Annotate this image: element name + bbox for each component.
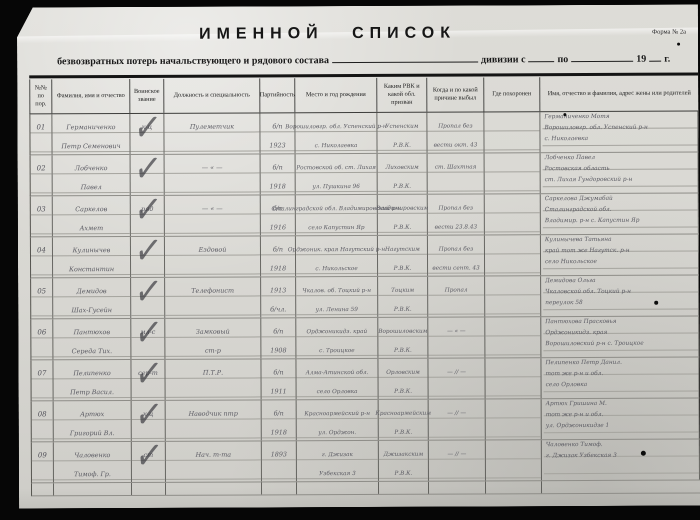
duty-cell-line-1 [165,296,260,315]
rank-cell-line-0: к-ц [132,401,165,420]
empty-cell [132,483,166,495]
burial-cell [485,153,541,193]
column-header-8: Где похоронен [484,77,540,111]
cause-cell-line-1: вести сент. 43 [428,254,484,273]
birthplace-cell-line-0: Орджоникидз. край [296,318,377,337]
rvk-cell-line-1: Р.В.К. [379,460,428,479]
row-number-line-1 [31,256,52,275]
address-cell: Демидова ОльгаЧкаловской обл. Тоцкий р-н… [541,276,699,317]
birthplace-cell-line-1: село Орловка [297,378,378,397]
cause-cell: Пропал [428,276,485,316]
party-cell: б/п1918 [262,400,297,440]
rank-cell-line-1 [131,256,164,275]
rank-cell-line-0 [131,155,164,174]
rvk-cell: УспенскимР.В.К. [377,113,427,153]
party-cell-line-0: 1913 [261,277,295,296]
table-row: 05ДемидовШах-ГусейнТелефонист1913б/чл.Чк… [30,276,699,320]
cause-cell-line-1 [428,336,484,355]
address-cell: Пантюхова ПрасковьяОрджоникидз. краяВоро… [541,317,699,358]
photo-background: Форма № 2а ИМЕННОЙ СПИСОК безвозвратных … [0,0,700,520]
party-cell: б/п1918 [261,154,296,194]
cause-cell-line-0: Пропал без [428,235,484,254]
duty-cell: Наводчик птр [166,400,262,440]
rank-cell: к-ц [130,114,164,154]
row-number-line-0: 02 [31,155,52,174]
duty-cell-line-0: Ездовой [165,236,260,255]
row-number-line-1 [32,420,53,439]
burial-cell [486,440,542,480]
subtitle-division: дивизии с [481,54,526,65]
name-cell-line-0: Лобченко [53,155,130,174]
address-line-2: село Орловка [546,382,588,388]
column-header-2: Воинское звание [130,79,164,113]
column-header-3: Должность и специальность [164,78,260,112]
address-line-0: Лобченко Павел [545,155,596,161]
cause-cell-line-1: вести 23.8.43 [428,213,484,232]
duty-cell: Пулеметчик [164,113,260,153]
cause-cell-line-0: Пропал [428,276,484,295]
burial-cell-line-1 [484,131,539,150]
name-cell: ГерманиченкоПетр Семенович [52,114,130,154]
table-row: 09ЧаловенкоТимоф. Гр.стНач. т-та1893г. Д… [31,440,700,484]
name-cell-line-1: Шах-Гусейн [53,297,130,316]
address-line-1: тот же р-н и обл. [546,371,604,377]
row-number: 03 [31,196,53,236]
row-number-line-0: 05 [31,278,52,297]
name-cell-line-1: Григорий Вл. [54,420,131,439]
table-row: 06ПантюховСереда Тих.мл-сЗамковыйст-рб/п… [30,317,699,361]
birthplace-cell-line-1: с. Никольское [296,255,377,274]
party-cell: б/п1918 [261,236,296,276]
address-line-1: край тот же Нагутск. р-н [545,248,630,254]
document-subtitle: безвозвратных потерь начальствующего и р… [57,52,690,68]
row-number-line-0: 07 [31,360,52,379]
rvk-cell-line-1: Р.В.К. [378,296,427,315]
burial-cell-line-1 [485,336,540,355]
address-line-1: Ростовская область [545,166,610,172]
birthplace-cell: Орджоник. края Нагутский р-нс. Никольско… [296,236,378,276]
table-row: 08АртюхГригорий Вл.к-цНаводчик птрб/п191… [31,399,700,443]
address-line-1: Ворошиловгр. обл. Успенский р-н [544,125,647,131]
cause-cell-line-0: Пропал без [428,194,484,213]
birthplace-cell-line-0: Ростовской об. ст. Лихая [296,154,377,173]
address-cell: Чаловенко Тимоф.г. Джизак Узбекская 3 [542,440,700,481]
burial-cell-line-0 [485,358,540,377]
birthplace-cell-line-1: с. Троицкое [296,337,377,356]
burial-cell-line-0 [485,194,540,213]
duty-cell: Нач. т-та [166,441,262,481]
birthplace-cell: Ворошиловгр. обл. Успенский р-нс. Никола… [295,113,377,153]
empty-cell [486,481,542,493]
address-cell: Саркелова ДжумабайСталинградской обл.Вла… [541,194,699,235]
rvk-cell: ВладимировскимР.В.К. [378,195,428,235]
address-cell: Лобченко ПавелРостовская областьст. Лиха… [541,153,699,194]
birthplace-cell: г. ДжизакУзбекская 3 [297,441,379,481]
party-cell-line-1: 1918 [261,173,295,192]
party-cell-line-1: 1916 [261,214,295,233]
birthplace-cell-line-1: ул. Орджон. [297,419,378,438]
empty-cell [542,481,700,494]
birthplace-cell-line-0: г. Джизак [297,441,378,460]
rvk-cell-line-1: Р.В.К. [377,132,426,151]
rank-cell: сер-т [131,360,165,400]
address-line-2: переулок 58 [545,300,583,306]
address-line-2: ст. Лихая Гундоровский р-н [545,177,633,183]
row-number-line-1 [32,379,53,398]
ruled-line [544,473,699,475]
party-cell-line-1: 1908 [261,337,295,356]
duty-cell-line-1 [166,378,261,397]
cause-cell: — // — [429,399,486,439]
table-row: 07ПелипенкоПетр Васил.сер-тП.Т.Р.б/п1911… [30,358,699,402]
rvk-cell-line-1: Р.В.К. [378,337,427,356]
birthplace-cell: Чкалов. об. Тоцкий р-нул. Ленина 59 [296,277,378,317]
rank-cell: к-ц [132,401,166,441]
cause-cell-line-0: Пропал без [427,112,483,131]
rvk-cell-line-0: Орловским [378,359,427,378]
row-number-line-1 [31,338,52,357]
cause-cell: — // — [428,358,485,398]
rvk-cell: ЛиховскимР.В.К. [378,154,428,194]
table-header-row: №№ по пор.Фамилия, имя и отчествоВоинско… [29,77,698,115]
column-header-4: Партийность [260,78,295,112]
cause-cell-line-0: — « — [428,317,484,336]
ruled-line [543,350,698,352]
name-cell: КулинычевКонстантин [53,237,131,277]
address-line-1: Орджоникидз. края [545,330,607,336]
cause-cell: — // — [429,440,486,480]
birthplace-cell-line-1: ул. Ленина 59 [296,296,377,315]
party-cell: б/п1923 [260,113,295,153]
burial-cell-line-0 [484,112,539,131]
document-paper: Форма № 2а ИМЕННОЙ СПИСОК безвозвратных … [17,5,700,509]
birthplace-cell-line-0: Алма-Атинской обл. [296,359,377,378]
rvk-cell: ТоцкимР.В.К. [378,277,428,317]
blank-line [332,52,478,63]
address-line-0: Чаловенко Тимоф. [546,442,603,448]
rank-cell: ряд [131,196,165,236]
birthplace-cell-line-0: Орджоник. края Нагутский р-н [296,236,377,255]
row-number-line-0: 09 [32,442,53,461]
row-number: 02 [31,155,53,195]
name-cell-line-0: Пантюхов [53,319,130,338]
cause-cell-line-0: — // — [428,358,484,377]
row-number: 08 [32,401,54,441]
party-cell-line-0: б/п [261,154,295,173]
column-header-6: Каким РВК и какой обл. призван [377,78,427,112]
birthplace-cell: Алма-Атинской обл.село Орловка [296,359,378,399]
cause-cell-line-0: — // — [429,399,485,418]
burial-cell [485,194,541,234]
rank-cell-line-0: мл-с [131,319,164,338]
row-number: 06 [31,319,53,359]
rank-cell-line-1 [131,174,164,193]
ruled-line [544,432,699,434]
rank-cell-line-1 [132,461,165,480]
party-cell-line-1: 1918 [262,419,296,438]
burial-cell [485,276,541,316]
address-line-1: Чкаловской обл. Тоцкий р-н [545,289,631,295]
name-cell: ДемидовШах-Гусейн [53,278,131,318]
burial-cell-line-1 [485,254,540,273]
party-cell-line-1: б/чл. [261,296,295,315]
rank-cell-line-1 [132,379,165,398]
address-line-1: Сталинградской обл. [545,207,612,213]
party-cell-line-1: 1918 [261,255,295,274]
rvk-cell-line-0: Тоцким [378,277,427,296]
rvk-cell: КрасноармейскимР.В.К. [379,400,429,440]
address-line-2: село Никольское [545,259,597,265]
rvk-cell-line-1: Р.В.К. [378,255,427,274]
rvk-cell-line-1: Р.В.К. [378,214,427,233]
row-number: 01 [30,114,52,154]
address-cell: Пелипенко Петр Данил.тот же р-н и обл.се… [541,358,699,399]
rvk-cell: ВорошиловскимР.В.К. [378,318,428,358]
birthplace-cell-line-1: ул. Пушкина 96 [296,173,377,192]
cause-cell-line-1: вести окт. 43 [427,131,483,150]
empty-cell [32,483,54,495]
cause-cell-line-1 [429,459,485,478]
address-cell: Германиченко МотяВорошиловгр. обл. Успен… [540,112,698,153]
party-cell-line-0: б/п [261,359,295,378]
duty-cell-line-1 [164,132,259,151]
name-cell: ЧаловенкоТимоф. Гр. [54,442,132,482]
birthplace-cell-line-1: Узбекская 3 [297,460,378,479]
birthplace-cell-line-1: село Капустин Яр [296,214,377,233]
column-header-0: №№ по пор. [30,79,52,113]
row-number-line-0: 01 [30,114,51,133]
blank-line [528,52,554,62]
name-cell: ПантюховСереда Тих. [53,319,131,359]
cause-cell: Пропал безвести 23.8.43 [428,194,485,234]
name-cell: АртюхГригорий Вл. [54,401,132,441]
rank-cell-line-0: к-ц [130,114,163,133]
empty-cell [429,481,486,493]
dust-speck [563,113,566,116]
duty-cell-line-1 [165,173,260,192]
name-cell-line-1: Петр Васил. [54,379,131,398]
duty-cell: Ездовой [165,236,261,276]
party-cell: 1893 [262,441,297,481]
birthplace-cell: Орджоникидз. крайс. Троицкое [296,318,378,358]
burial-cell [486,399,542,439]
row-number: 04 [31,237,53,277]
empty-cell [166,482,262,494]
duty-cell-line-1 [166,460,261,479]
burial-cell-line-1 [485,213,540,232]
name-cell-line-1: Петр Семенович [52,133,129,152]
ruled-line [543,268,698,270]
rank-cell-line-1 [131,297,164,316]
name-cell-line-0: Кулинычев [53,237,130,256]
row-number-line-0: 08 [32,401,53,420]
ruled-line [543,145,698,147]
burial-cell-line-0 [485,153,540,172]
rvk-cell-line-1: Р.В.К. [379,378,428,397]
cause-cell: — « — [428,317,485,357]
dust-speck [654,301,658,305]
address-line-0: Пелипенко Петр Данил. [545,360,622,366]
column-header-7: Когда и по какой причине выбыл [427,77,484,111]
rank-cell [131,155,165,195]
empty-cell [297,482,379,494]
duty-cell-line-1 [166,419,261,438]
row-number-line-1 [31,174,52,193]
birthplace-cell: Сталинградской обл. Владимировский р-нсе… [296,195,378,235]
party-cell: 1913б/чл. [261,277,296,317]
subtitle-po: по [557,54,568,65]
name-cell-line-1: Середа Тих. [53,338,130,357]
duty-cell-line-0: Пулеметчик [164,113,259,132]
birthplace-cell-line-0: Ворошиловгр. обл. Успенский р-н [295,113,376,132]
cause-cell-line-1 [429,377,485,396]
name-cell-line-0: Пелипенко [53,360,130,379]
table-body: 01ГерманиченкоПетр Семеновичк-цПулеметчи… [29,112,700,497]
subtitle-year: 19 [636,54,646,65]
address-line-0: Кулинычева Татьяна [545,237,612,243]
column-header-5: Место и год рождения [295,78,377,112]
birthplace-cell: Красноармейский р-нул. Орджон. [297,400,379,440]
birthplace-cell: Ростовской об. ст. Лихаяул. Пушкина 96 [296,154,378,194]
rvk-cell-line-0: Ворошиловским [378,318,427,337]
duty-cell-line-1 [165,255,260,274]
address-cell: Артюх Гришина М.тот же р-н и обл.ул. Орд… [542,399,700,440]
rank-cell: мл-с [131,319,165,359]
burial-cell-line-1 [486,377,541,396]
duty-cell: Замковыйст-р [165,318,261,358]
rvk-cell-line-0: Красноармейским [379,400,428,419]
blank-line [649,52,661,62]
cause-cell: Пропал безвести окт. 43 [427,112,484,152]
rvk-cell-line-0: Джизакским [379,441,428,460]
rank-cell-line-1 [130,133,163,152]
rank-cell-line-0 [131,278,164,297]
burial-cell [484,112,540,152]
party-cell-line-0: б/п [262,400,296,419]
address-line-1: г. Джизак Узбекская 3 [546,453,617,459]
row-number-line-1 [31,297,52,316]
duty-cell-line-1 [165,214,260,233]
rvk-cell: ДжизакскимР.В.К. [379,441,429,481]
address-line-2: ул. Орджоникидзе 1 [546,423,610,429]
losses-table: №№ по пор.Фамилия, имя и отчествоВоинско… [29,73,700,483]
empty-cell [262,482,297,494]
address-line-0: Саркелова Джумабай [545,196,613,202]
rank-cell-line-0: сер-т [131,360,164,379]
address-line-1: тот же р-н и обл. [546,412,604,418]
rank-cell-line-1 [131,215,164,234]
burial-cell-line-1 [486,459,541,478]
party-cell-line-1 [262,460,296,479]
birthplace-cell-line-0: Красноармейский р-н [297,400,378,419]
row-number: 07 [31,360,53,400]
rvk-cell-line-0: Лиховским [378,154,427,173]
cause-cell-line-0: — // — [429,440,485,459]
burial-cell-line-0 [485,276,540,295]
burial-cell-line-0 [485,317,540,336]
address-cell: Кулинычева Татьянакрай тот же Нагутск. р… [541,235,699,276]
name-cell-line-1: Павел [53,174,130,193]
burial-cell-line-1 [485,172,540,191]
duty-cell-line-0: — « — [165,154,260,173]
table-row: 01ГерманиченкоПетр Семеновичк-цПулеметчи… [29,112,698,156]
party-cell: б/п1916 [261,195,296,235]
birthplace-cell-line-0: Сталинградской обл. Владимировский р-н [296,195,377,214]
name-cell-line-1: Тимоф. Гр. [54,461,131,480]
name-cell-line-0: Саркелов [53,196,130,215]
party-cell-line-1: 1911 [262,378,296,397]
duty-cell-line-0: Нач. т-та [166,441,261,460]
subtitle-text: безвозвратных потерь начальствующего и р… [57,55,329,67]
form-number: Форма № 2а [652,29,686,36]
rank-cell-line-1 [132,420,165,439]
address-line-0: Артюх Гришина М. [546,401,607,407]
table-row: 03СаркеловАхметряд— « —б/п1916Сталинград… [30,194,699,238]
address-line-0: Германиченко Мотя [544,114,609,120]
rank-cell-line-0: ряд [131,196,164,215]
dust-speck [641,451,646,456]
duty-cell-line-0: Наводчик птр [166,400,261,419]
duty-cell-line-0: П.Т.Р. [165,359,260,378]
empty-tail-row [31,481,700,497]
duty-cell-line-0: Замковый [165,318,260,337]
duty-cell-line-1: ст-р [165,337,260,356]
name-cell: СаркеловАхмет [53,196,131,236]
cause-cell-line-1 [428,172,484,191]
name-cell: ЛобченкоПавел [53,155,131,195]
row-number-line-0: 04 [31,237,52,256]
dust-speck [677,43,680,46]
birthplace-cell-line-0: Чкалов. об. Тоцкий р-н [296,277,377,296]
rvk-cell-line-0: Успенским [377,113,426,132]
name-cell-line-0: Артюх [54,401,131,420]
rank-cell-line-1 [131,338,164,357]
birthplace-cell-line-1: с. Николаевка [295,132,376,151]
name-cell-line-0: Чаловенко [54,442,131,461]
column-header-1: Фамилия, имя и отчество [52,79,130,113]
party-cell-line-0: 1893 [262,441,296,460]
burial-cell-line-0 [486,440,541,459]
name-cell-line-0: Германиченко [52,114,129,133]
duty-cell-line-0: Телефонист [165,277,260,296]
name-cell-line-1: Константин [53,256,130,275]
ruled-line [543,309,698,311]
rank-cell: ст [132,442,166,482]
table-row: 02ЛобченкоПавел— « —б/п1918Ростовской об… [30,153,699,197]
party-cell-line-0: б/п [261,318,295,337]
address-line-2: Ворошиловский р-н с. Троицкое [545,341,643,347]
cause-cell: ст. Шахтная [428,153,485,193]
duty-cell: Телефонист [165,277,261,317]
cause-cell-line-0: ст. Шахтная [428,153,484,172]
duty-cell: — « — [165,195,261,235]
ruled-line [543,186,698,188]
column-header-9: Имя, отчество и фамилия, адрес жены или … [540,77,698,112]
rank-cell [131,237,165,277]
subtitle-g: г. [664,54,670,65]
party-cell: б/п1908 [261,318,296,358]
rank-cell-line-0: ст [132,442,165,461]
address-line-0: Пантюхова Прасковья [545,319,616,325]
row-number: 05 [31,278,53,318]
blank-line [571,52,633,62]
name-cell: ПелипенкоПетр Васил. [53,360,131,400]
row-number-line-1 [30,133,51,152]
party-cell-line-1: 1923 [260,132,294,151]
address-line-2: с. Николаевка [544,136,588,142]
rvk-cell: НагутскимР.В.К. [378,236,428,276]
cause-cell-line-1 [428,295,484,314]
